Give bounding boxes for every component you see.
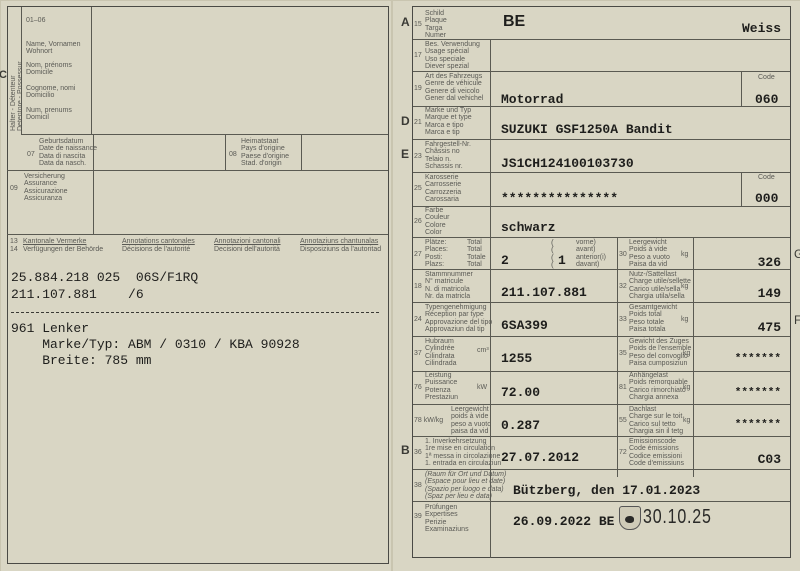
vehicle-type-label: Art des FahrzeugsGenre de véhiculeGenere… bbox=[425, 73, 483, 103]
chassis-label: Fahrgestell-Nr.Châssis noTelaio n.Schass… bbox=[425, 141, 471, 171]
margin-letter-d: D bbox=[401, 114, 410, 128]
inspections-value: 26.09.2022 BE bbox=[513, 514, 614, 529]
roof-load-value: ******* bbox=[735, 419, 781, 431]
holder-field-code: 01–06 bbox=[26, 17, 45, 24]
type-approval-label: TypengenehmigungRéception par typeApprov… bbox=[425, 304, 492, 334]
holder-label-fr: Nom, prénomsDomicile bbox=[26, 62, 72, 77]
right-page: A D E B G F 15 SchildPlaqueTargaNumer BE… bbox=[392, 0, 800, 571]
chassis-value: JS1CH124100103730 bbox=[501, 156, 634, 171]
color-value: schwarz bbox=[501, 220, 556, 235]
registration-no-label: StammnummerN° matriculeN. di matricolaNr… bbox=[425, 271, 473, 301]
margin-letter-g: G bbox=[794, 247, 800, 261]
place-date-label: (Raum für Ort und Datum)(Espace pour lie… bbox=[425, 471, 506, 501]
emission-code-label: EmissionscodeCode émissionsCodice emissi… bbox=[629, 438, 684, 468]
color-label: FarbeCouleurColoreColor bbox=[425, 207, 450, 237]
margin-letter-a: A bbox=[401, 15, 410, 29]
body-code: 000 bbox=[755, 191, 778, 206]
plate-label: SchildPlaqueTargaNumer bbox=[425, 10, 447, 40]
body-value: *************** bbox=[501, 191, 618, 206]
seats-front-value: 1 bbox=[558, 253, 566, 268]
place-date-value: Bützberg, den 17.01.2023 bbox=[513, 483, 700, 498]
insurance-label: VersicherungAssuranceAssicurazioneAssicu… bbox=[24, 173, 68, 203]
special-use-label: Bes. VerwendungUsage spécialUso speciale… bbox=[425, 41, 480, 71]
type-approval-value: 6SA399 bbox=[501, 318, 548, 333]
bern-coat-of-arms-icon bbox=[619, 506, 641, 530]
empty-weight-value: 326 bbox=[758, 255, 781, 270]
seats-label: Plätze:Places:Posti:Plazs: bbox=[425, 239, 448, 269]
annotation-separator bbox=[11, 312, 379, 313]
holder-label-de: Name, VornamenWohnort bbox=[26, 41, 80, 56]
first-registration-value: 27.07.2012 bbox=[501, 450, 579, 465]
home-country-label: HeimatstaatPays d'originePaese d'origine… bbox=[241, 138, 289, 168]
plate-canton: BE bbox=[503, 13, 525, 31]
seats-front-label: vorne)avant)anterior(i)davant) bbox=[576, 239, 606, 269]
power-ratio-value: 0.287 bbox=[501, 418, 540, 433]
vehicle-type-value: Motorrad bbox=[501, 92, 563, 107]
roof-load-label: DachlastCharge sur le toitCarico sul tet… bbox=[629, 406, 683, 436]
holder-vertical-label-1: Halter - Détenteur bbox=[10, 75, 17, 131]
registration-no-value: 211.107.881 bbox=[501, 285, 587, 300]
margin-letter-e: E bbox=[401, 147, 409, 161]
inspection-stamp-date: 30.10.25 bbox=[643, 506, 712, 529]
plate-color: Weiss bbox=[742, 21, 781, 36]
vehicle-type-code: 060 bbox=[755, 92, 778, 107]
seats-total-label: TotalTotalTotaleTotal bbox=[467, 239, 486, 269]
annotation-entry-1: 961 Lenker bbox=[11, 321, 89, 336]
holder-label-rm: Num, prenumsDomicil bbox=[26, 107, 72, 122]
make-model-label: Marke und TypMarque et typeMarca e tipoM… bbox=[425, 107, 472, 137]
body-label: KarosserieCarrosserieCarrozzeriaCarossar… bbox=[425, 174, 461, 204]
train-weight-value: ******* bbox=[735, 353, 781, 365]
power-ratio-label: Leergewichtpoids à videpeso a vuotopaisa… bbox=[451, 406, 491, 436]
empty-weight-label: LeergewichtPoids à videPeso a vuotoPaisa… bbox=[629, 239, 670, 269]
trailer-load-value: ******* bbox=[735, 387, 781, 399]
first-registration-label: 1. Inverkehrsetzung1re mise en circulati… bbox=[425, 438, 501, 468]
emission-code-value: C03 bbox=[758, 452, 781, 467]
holder-label-it: Cognome, nomiDomicilio bbox=[26, 85, 75, 100]
make-model-value: SUZUKI GSF1250A Bandit bbox=[501, 122, 673, 137]
margin-letter-f: F bbox=[794, 313, 800, 327]
annotation-line-2: 211.107.881 /6 bbox=[11, 287, 144, 302]
seats-total-value: 2 bbox=[501, 253, 509, 268]
displacement-label: HubraumCylindréeCilindrataCilindrada bbox=[425, 338, 457, 368]
annotations-header: 13 Kantonale Vermerke Annotations canton… bbox=[10, 238, 385, 254]
holder-vertical-label-2: Detentore - Possessur bbox=[17, 61, 24, 131]
annotation-line-1: 25.884.218 025 06S/F1RQ bbox=[11, 270, 198, 285]
total-weight-value: 475 bbox=[758, 320, 781, 335]
annotation-entry-3: Breite: 785 mm bbox=[11, 353, 151, 368]
displacement-value: 1255 bbox=[501, 351, 532, 366]
total-weight-label: GesamtgewichtPoids totalPeso totalePaisa… bbox=[629, 304, 677, 334]
birth-date-label: GeburtsdatumDate de naissanceData di nas… bbox=[39, 138, 97, 168]
power-label: LeistungPuissancePotenzaPrestaziun bbox=[425, 372, 458, 402]
power-value: 72.00 bbox=[501, 385, 540, 400]
margin-letter-c: C bbox=[0, 69, 7, 81]
trailer-load-label: AnhängelastPoids remorquableCarico rimor… bbox=[629, 372, 688, 402]
inspections-label: PrüfungenExpertisesPerizieExaminaziuns bbox=[425, 504, 469, 534]
margin-letter-b: B bbox=[401, 443, 410, 457]
left-page: C Halter - Détenteur Detentore - Possess… bbox=[0, 0, 392, 571]
annotation-entry-2: Marke/Typ: ABM / 0310 / KBA 90928 bbox=[11, 337, 300, 352]
payload-value: 149 bbox=[758, 286, 781, 301]
